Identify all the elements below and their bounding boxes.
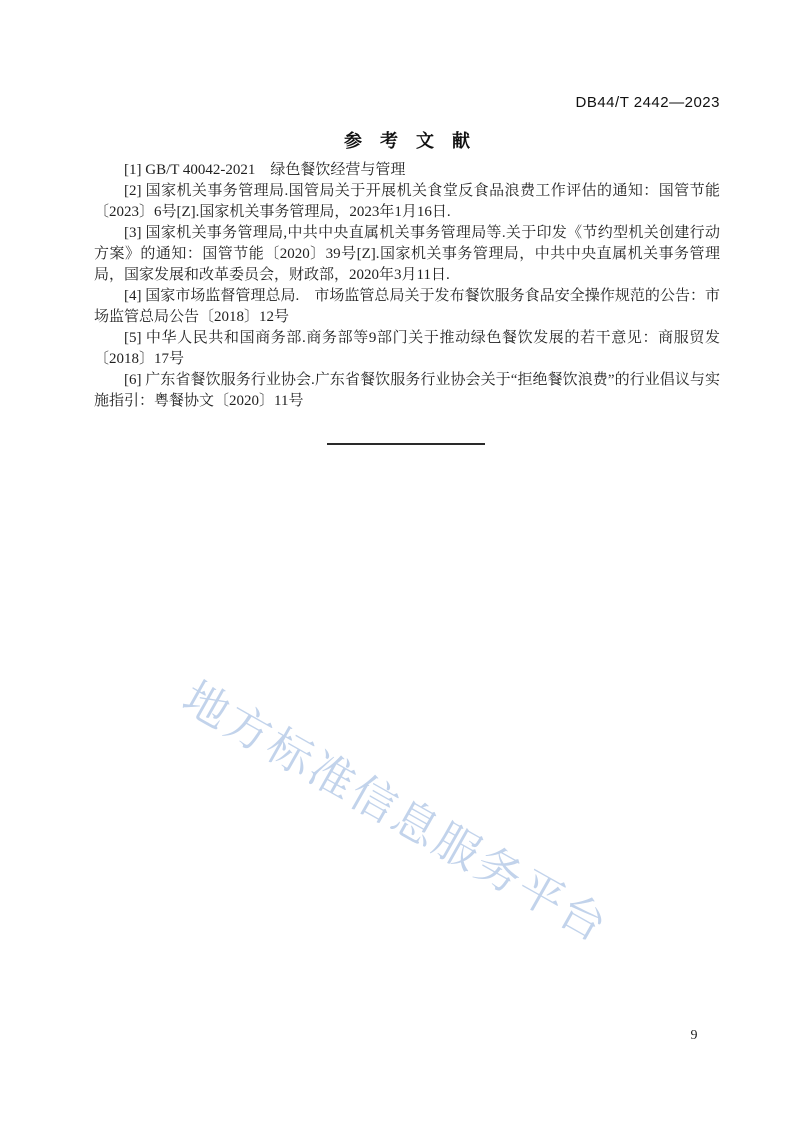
reference-item-3: [3] 国家机关事务管理局,中共中央直属机关事务管理局等.关于印发《节约型机关创… xyxy=(94,223,720,286)
document-page: DB44/T 2442—2023 参 考 文 献 [1] GB/T 40042-… xyxy=(0,0,794,1123)
end-of-document-divider xyxy=(327,443,485,445)
page-number: 9 xyxy=(664,1028,724,1044)
reference-item-6: [6] 广东省餐饮服务行业协会.广东省餐饮服务行业协会关于“拒绝餐饮浪费”的行业… xyxy=(94,370,720,412)
references-section-title: 参 考 文 献 xyxy=(94,127,720,153)
reference-item-4: [4] 国家市场监督管理总局. 市场监管总局关于发布餐饮服务食品安全操作规范的公… xyxy=(94,286,720,328)
watermark-text: 地方标准信息服务平台 xyxy=(173,662,623,955)
references-list: [1] GB/T 40042-2021 绿色餐饮经营与管理 [2] 国家机关事务… xyxy=(94,160,720,412)
reference-item-5: [5] 中华人民共和国商务部.商务部等9部门关于推动绿色餐饮发展的若干意见：商服… xyxy=(94,328,720,370)
reference-item-1: [1] GB/T 40042-2021 绿色餐饮经营与管理 xyxy=(94,160,720,181)
reference-item-2: [2] 国家机关事务管理局.国管局关于开展机关食堂反食品浪费工作评估的通知：国管… xyxy=(94,181,720,223)
standard-code-header: DB44/T 2442—2023 xyxy=(94,94,720,111)
